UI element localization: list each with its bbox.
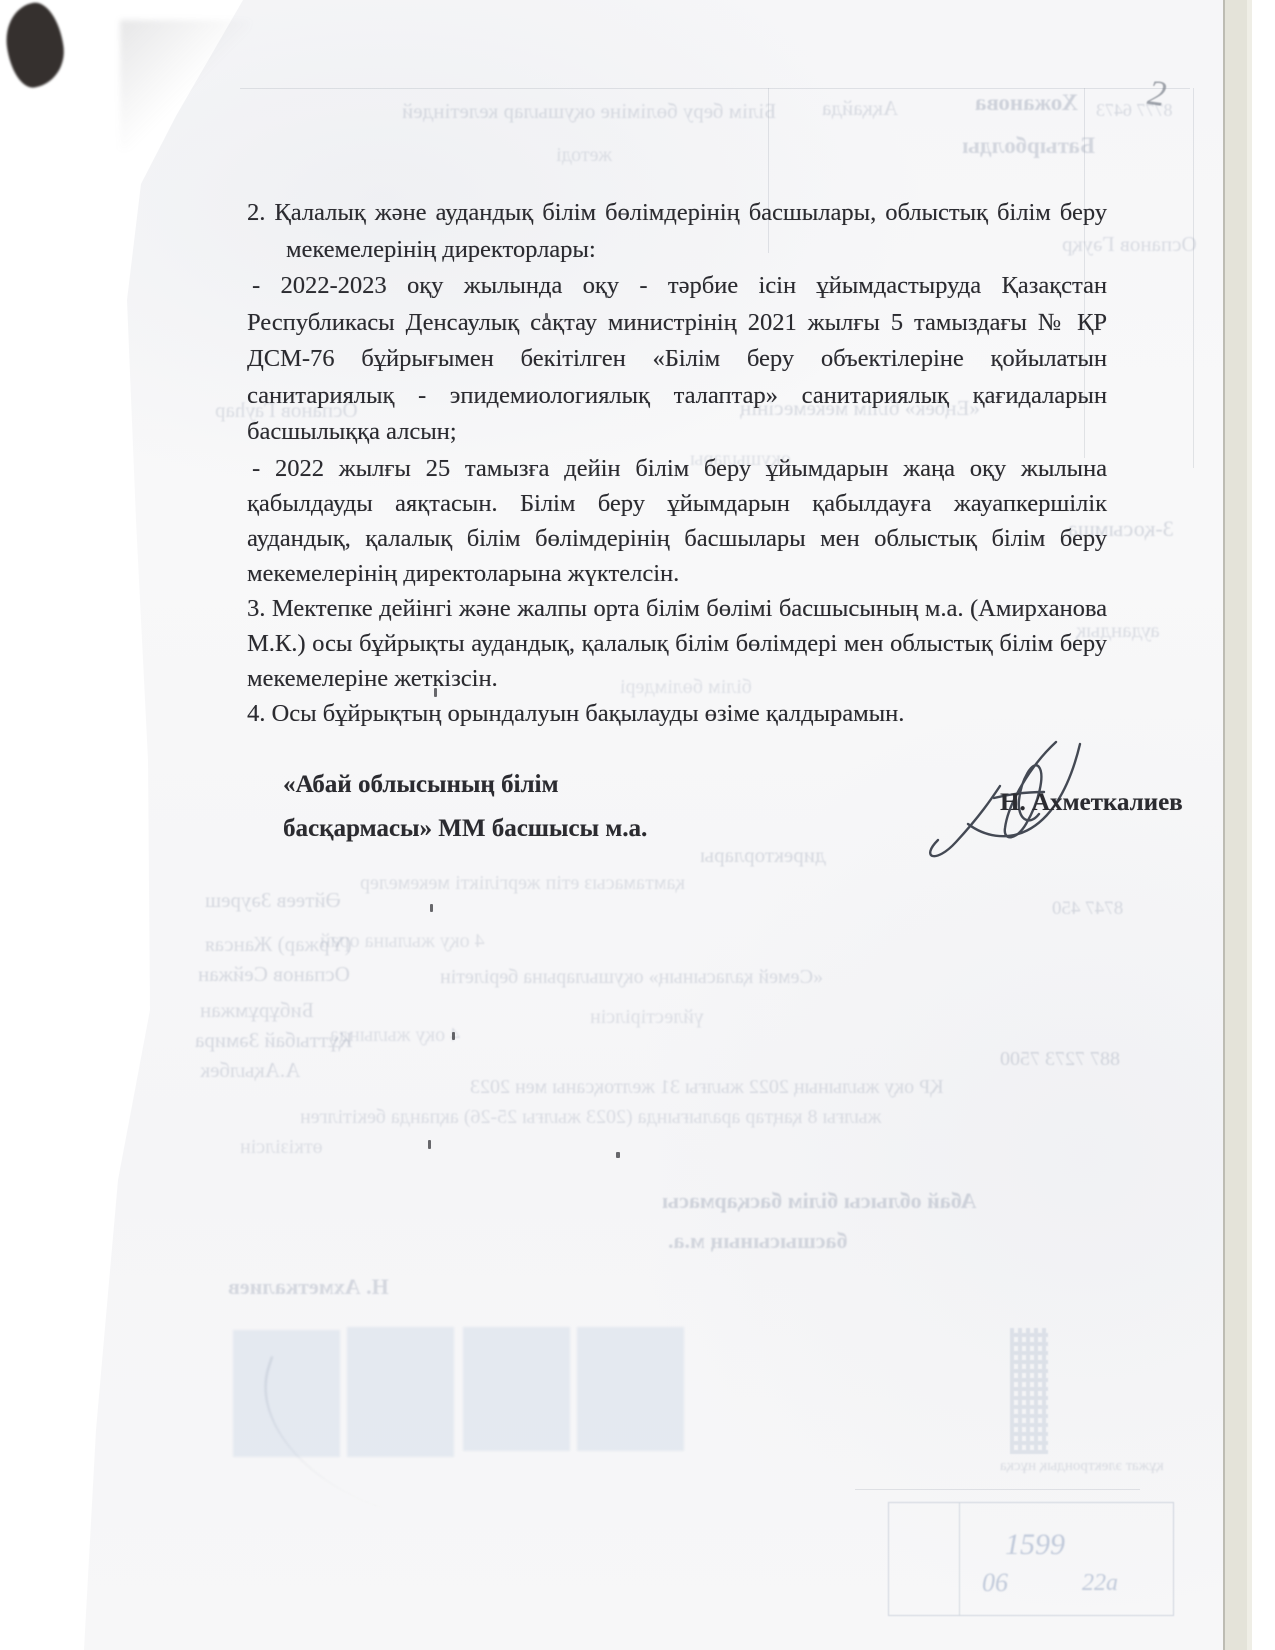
bleedthrough-text: Құттыбай Зәмира: [195, 1028, 353, 1053]
bleedthrough-text: Әйтеев Зәуреш: [205, 888, 341, 913]
bleedthrough-text: Н. Ахметкалиев: [228, 1274, 389, 1300]
handwritten-reg-number: 1599: [1005, 1528, 1065, 1562]
dust-speck: [616, 1152, 620, 1158]
bleedthrough-text: үйлестірілсін: [590, 1006, 704, 1029]
bleedthrough-text: Аққайда: [822, 96, 898, 121]
dust-speck: [428, 1140, 431, 1149]
scanned-document-page: { "page": { "handwritten_number": "2" },…: [0, 0, 1275, 1650]
bleedthrough-text: өткізілсін: [240, 1136, 323, 1159]
signer-name: Н. Ахметкалиев: [1000, 789, 1183, 817]
order-text-block: 2. Қалалық және аудандық білім бөлімдері…: [247, 195, 1107, 731]
signature-org-line1: «Абай облысының білім: [283, 763, 883, 807]
bleedthrough-table-line: [855, 1489, 1140, 1490]
bleedthrough-text: Оспанов Сейжан: [198, 962, 350, 987]
bleedthrough-text: қамтамасыз етіп жергілікті мекемелер: [360, 872, 685, 895]
bleedthrough-text: жылғы 8 қаңтар аралығында (2023 жылғы 25…: [300, 1106, 881, 1129]
dust-speck: [430, 904, 433, 912]
dust-speck: [452, 1032, 455, 1040]
bleedthrough-qr-code: [1010, 1328, 1048, 1454]
signature-org-line2: басқармасы» ММ басшысы м.а.: [283, 807, 883, 851]
bleedthrough-text: Абай облысы білім басқармасы: [662, 1188, 977, 1214]
signature-org-title: «Абай облысының білім басқармасы» ММ бас…: [283, 763, 883, 851]
bleedthrough-text: Батырболды: [962, 133, 1095, 159]
bleedthrough-text: 8747 450: [1052, 898, 1123, 920]
paragraph-item-2: 2. Қалалық және аудандық білім бөлімдері…: [247, 195, 1107, 268]
bleedthrough-text: құжат электрондық нұсқа: [1000, 1458, 1164, 1475]
bleedthrough-table-line: [1193, 88, 1194, 468]
paragraph-item-4: 4. Осы бұйрықтың орындалуын бақылауды өз…: [247, 696, 1107, 731]
bleedthrough-text: Бибұрұмжан: [200, 998, 314, 1023]
bleedthrough-text: басшысының м.а.: [668, 1228, 847, 1254]
paragraph-dash-2: - 2022 жылғы 25 тамызға дейін білім беру…: [247, 451, 1107, 591]
bleedthrough-text: Хожанова: [975, 90, 1078, 116]
bleedthrough-text: 4 оқу жылында: [330, 1024, 460, 1047]
stamp-box-divider: [959, 1503, 960, 1615]
bleedthrough-text: А.Ақылбек: [200, 1058, 300, 1083]
bleedthrough-table-line: [240, 88, 1190, 89]
bleedthrough-text: жетоді: [556, 144, 612, 167]
bleedthrough-text: «Семей қаласының» оқушыларына берілетін: [440, 966, 823, 989]
bleedthrough-text: Білім беру бөліміне оқушылар келетіндей: [402, 99, 776, 124]
handwritten-extra: 22а: [1082, 1570, 1118, 1597]
handwritten-day: 06: [982, 1568, 1008, 1598]
bleedthrough-text: ҚР оқу жылының 2022 жылғы 31 желтоқсаны …: [470, 1076, 944, 1099]
paragraph-item-3: 3. Мектепке дейінгі және жалпы орта білі…: [247, 591, 1107, 696]
bleedthrough-text: 4 оқу жылына орай: [320, 930, 485, 953]
bleedthrough-panel: [577, 1327, 684, 1451]
bleedthrough-text: 887 7273 7500: [1000, 1048, 1120, 1071]
paragraph-dash-1: - 2022-2023 оқу жылында оқу - тәрбие ісі…: [247, 268, 1107, 451]
bleedthrough-panel: [463, 1327, 570, 1451]
